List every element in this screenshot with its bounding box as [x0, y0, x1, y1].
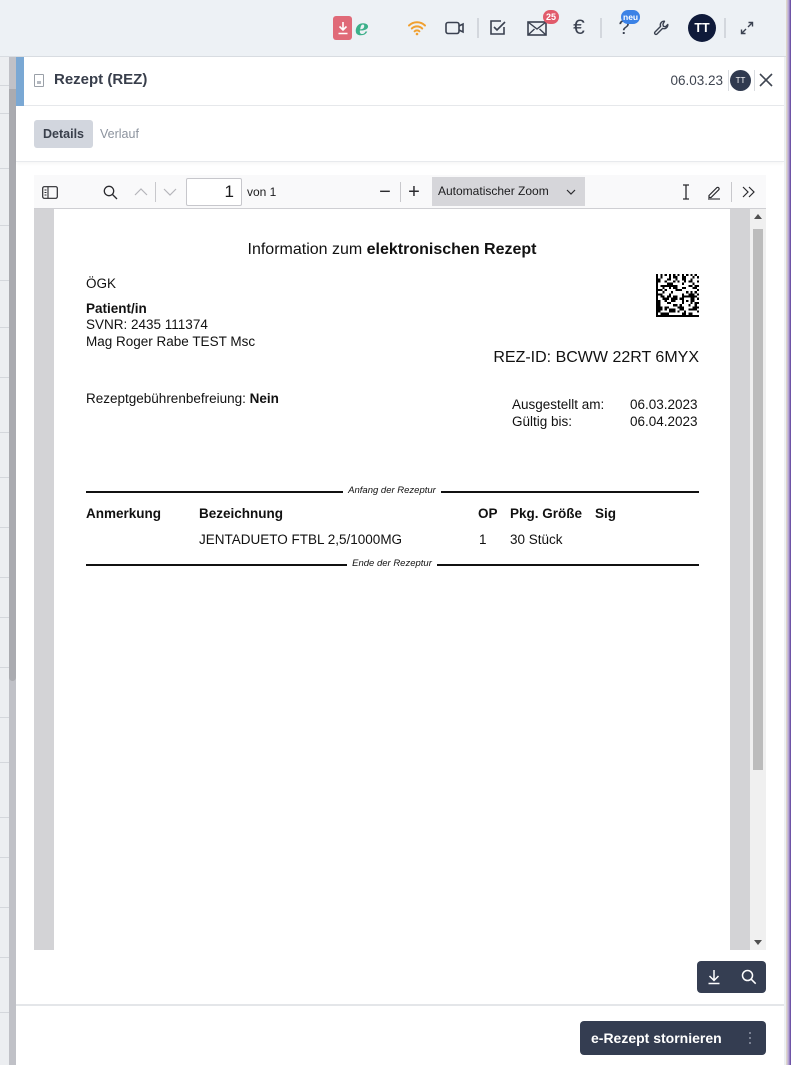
euro-icon: €	[573, 16, 585, 40]
download-button[interactable]	[333, 16, 352, 40]
page-number-input[interactable]: 1	[186, 178, 242, 206]
download-icon	[337, 21, 349, 35]
download-pdf-button[interactable]	[697, 961, 731, 993]
divider	[731, 182, 732, 202]
patient-name: Mag Roger Rabe TEST Msc	[86, 334, 255, 349]
divider	[728, 70, 729, 91]
checkbox-icon	[489, 19, 507, 37]
title-bold: elektronischen Rezept	[367, 241, 537, 258]
cancel-erezept-label: e-Rezept stornieren	[591, 1030, 722, 1046]
panel-accent-bar	[16, 57, 24, 106]
user-initials: TT	[694, 21, 709, 35]
rez-id: REZ-ID: BCWW 22RT 6MYX	[493, 349, 699, 367]
window-edge	[786, 0, 791, 1065]
col-header-bezeichnung: Bezeichnung	[199, 506, 283, 521]
zoom-out-button[interactable]: −	[373, 180, 397, 204]
pdf-actions	[697, 961, 766, 993]
col-header-sig: Sig	[595, 506, 616, 521]
panel-title: Rezept (REZ)	[54, 71, 147, 88]
rule-start-label: Anfang der Rezeptur	[54, 485, 730, 496]
fee-exemption-value: Nein	[250, 391, 279, 406]
e-logo-letter: e	[355, 15, 369, 41]
settings-button[interactable]	[651, 14, 673, 42]
divider	[477, 18, 479, 38]
insurer: ÖGK	[86, 276, 116, 291]
more-tools-button[interactable]	[737, 180, 761, 204]
zoom-in-button[interactable]: +	[402, 180, 426, 204]
panel-footer: e-Rezept stornieren	[16, 1004, 784, 1065]
scroll-down-arrow[interactable]	[754, 940, 762, 945]
fee-exemption-label: Rezeptgebührenbefreiung:	[86, 391, 250, 406]
prescription-panel: Rezept (REZ) 06.03.23 TT Details Verlauf	[16, 57, 784, 1065]
double-chevron-right-icon	[741, 186, 757, 198]
previous-page-button[interactable]	[129, 180, 153, 204]
panel-date: 06.03.23	[670, 73, 723, 88]
text-select-button[interactable]	[674, 180, 698, 204]
pencil-icon	[706, 184, 722, 200]
patient-label: Patient/in	[86, 301, 147, 316]
col-header-anmerkung: Anmerkung	[86, 506, 161, 521]
rule-end-label: Ende der Rezeptur	[54, 558, 730, 569]
tab-details[interactable]: Details	[34, 120, 93, 148]
draw-button[interactable]	[702, 180, 726, 204]
author-avatar[interactable]: TT	[730, 70, 751, 91]
col-header-pkg-size: Pkg. Größe	[510, 506, 582, 521]
top-bar: e 25 € ? neu TT	[0, 0, 786, 57]
document-title: Information zum elektronischen Rezept	[54, 241, 730, 259]
search-icon	[741, 969, 757, 985]
plus-icon: +	[408, 181, 420, 204]
wifi-icon	[407, 20, 427, 36]
e-logo-icon[interactable]: e	[352, 14, 372, 42]
scrollbar-thumb[interactable]	[9, 89, 16, 681]
close-icon	[756, 70, 776, 90]
fullscreen-button[interactable]	[737, 14, 757, 42]
wifi-button[interactable]	[406, 14, 428, 42]
chevron-down-icon	[566, 177, 576, 206]
mail-icon	[527, 21, 547, 36]
close-button[interactable]	[756, 70, 776, 90]
billing-button[interactable]: €	[568, 14, 590, 42]
chevron-up-icon	[134, 188, 148, 196]
cancel-erezept-button[interactable]: e-Rezept stornieren	[580, 1021, 766, 1055]
document-icon	[34, 74, 44, 87]
scrollbar-thumb[interactable]	[753, 229, 763, 770]
divider	[724, 18, 726, 38]
patient-svnr: SVNR: 2435 111374	[86, 317, 208, 332]
tab-verlauf[interactable]: Verlauf	[91, 120, 148, 148]
pdf-canvas-area: Information zum elektronischen Rezept ÖG…	[34, 209, 766, 950]
tasks-button[interactable]	[487, 14, 509, 42]
panel-header: Rezept (REZ) 06.03.23 TT	[24, 57, 784, 106]
title-normal: Information zum	[248, 241, 367, 258]
find-button[interactable]	[98, 180, 122, 204]
fee-exemption: Rezeptgebührenbefreiung: Nein	[86, 391, 279, 406]
pdf-page: Information zum elektronischen Rezept ÖG…	[54, 209, 730, 950]
mail-count-badge: 25	[543, 10, 559, 24]
download-icon	[707, 969, 721, 985]
divider	[754, 70, 755, 91]
background-scrollbar[interactable]	[9, 57, 16, 1065]
issued-date: 06.03.2023	[630, 397, 698, 412]
divider	[155, 182, 156, 202]
zoom-pdf-button[interactable]	[732, 961, 766, 993]
cell-bezeichnung: JENTADUETO FTBL 2,5/1000MG	[199, 532, 402, 547]
video-icon	[445, 21, 465, 35]
new-badge: neu	[621, 10, 640, 24]
scroll-up-arrow[interactable]	[754, 214, 762, 219]
text-cursor-icon	[681, 184, 691, 200]
more-options-icon[interactable]	[749, 1032, 752, 1044]
app-root: e 25 € ? neu TT	[0, 0, 791, 1065]
tab-bar: Details Verlauf	[16, 107, 784, 162]
next-page-button[interactable]	[158, 180, 182, 204]
video-button[interactable]	[444, 14, 466, 42]
avatar[interactable]: TT	[688, 14, 716, 42]
background-list	[0, 57, 9, 1065]
sidebar-toggle-button[interactable]	[38, 180, 62, 204]
pdf-viewer: 1 von 1 − + Automatischer Zoom	[34, 175, 766, 950]
expand-icon	[740, 21, 754, 35]
chevron-down-icon	[163, 188, 177, 196]
cell-pkg-size: 30 Stück	[510, 532, 563, 547]
datamatrix-code	[656, 274, 699, 317]
col-header-op: OP	[478, 506, 498, 521]
minus-icon: −	[379, 181, 391, 204]
zoom-select[interactable]: Automatischer Zoom	[432, 177, 585, 206]
divider	[600, 18, 602, 38]
valid-label: Gültig bis:	[512, 414, 572, 429]
search-icon	[103, 185, 118, 200]
divider	[400, 182, 401, 202]
wrench-icon	[653, 19, 671, 37]
pdf-scrollbar[interactable]	[750, 209, 766, 950]
pdf-toolbar: 1 von 1 − + Automatischer Zoom	[34, 175, 766, 209]
issued-label: Ausgestellt am:	[512, 397, 604, 412]
cell-op: 1	[479, 532, 487, 547]
page-count-label: von 1	[247, 185, 276, 199]
sidebar-icon	[42, 186, 58, 199]
zoom-select-value: Automatischer Zoom	[438, 184, 549, 198]
valid-date: 06.04.2023	[630, 414, 698, 429]
